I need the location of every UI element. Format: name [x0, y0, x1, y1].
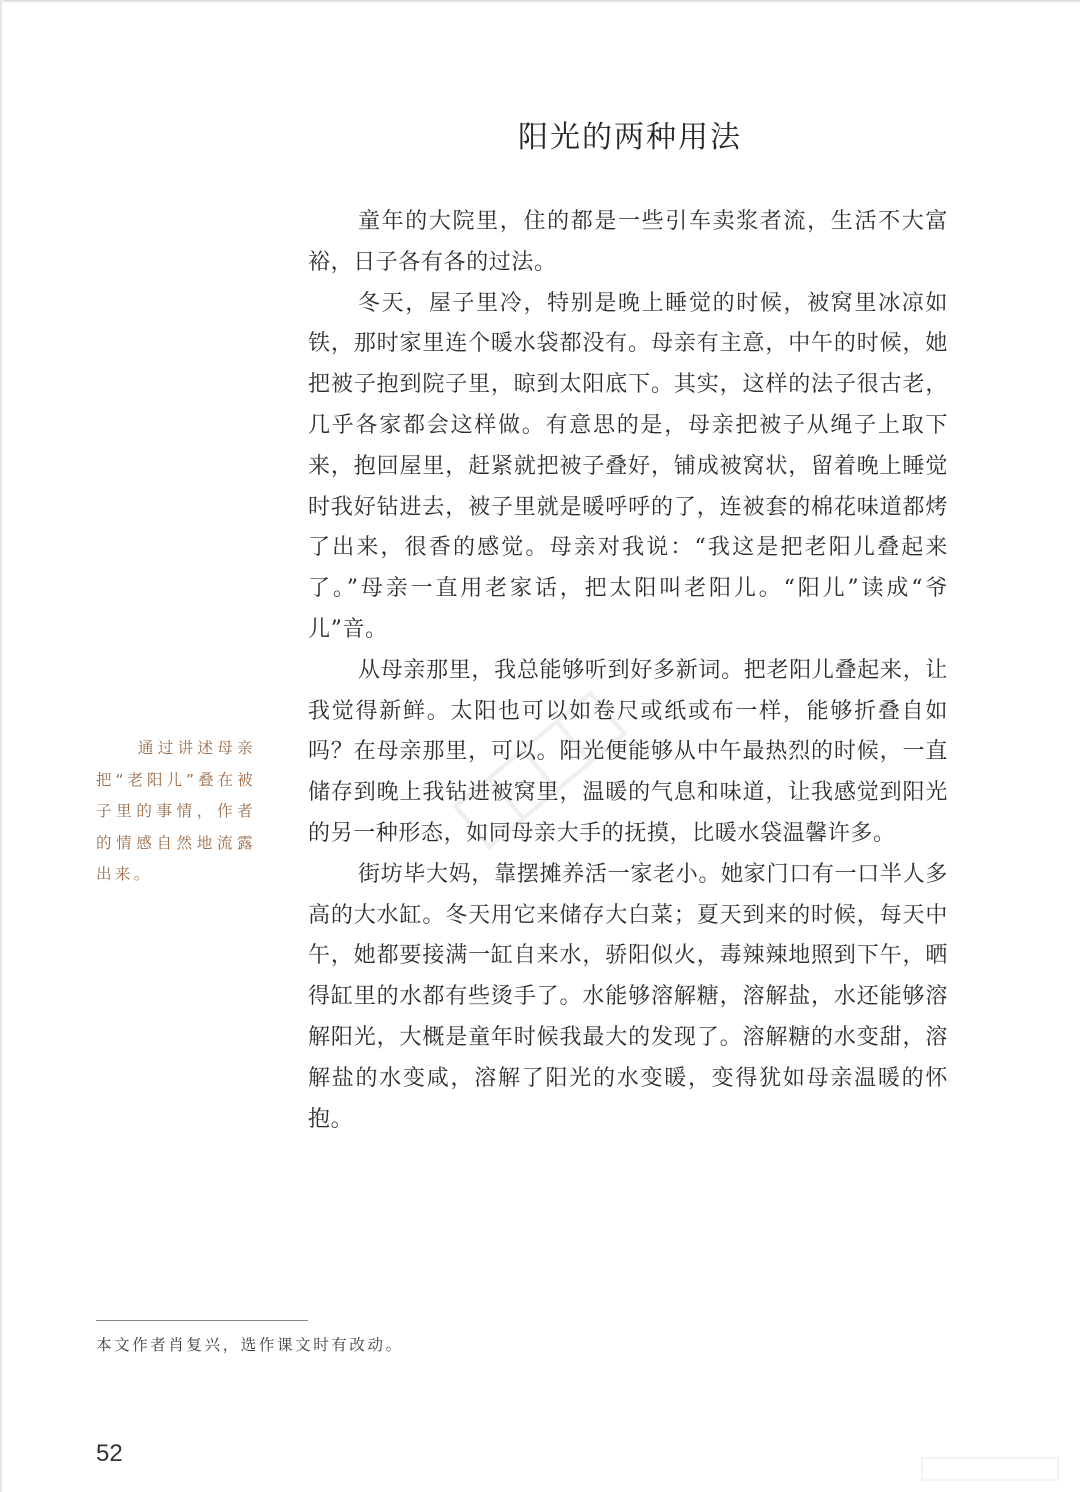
paragraph: 童年的大院里，住的都是一些引车卖浆者流，生活不大富裕，日子各有各的过法。: [308, 202, 948, 284]
paragraph: 冬天，屋子里冷，特别是晚上睡觉的时候，被窝里冰凉如铁，那时家里连个暖水袋都没有。…: [308, 284, 948, 651]
footnote: 本文作者肖复兴，选作课文时有改动。: [96, 1333, 404, 1355]
paragraph: 街坊毕大妈，靠摆摊养活一家老小。她家门口有一口半人多高的大水缸。冬天用它来储存大…: [308, 855, 948, 1141]
page-number: 52: [96, 1440, 123, 1468]
margin-annotation: 通过讲述母亲把“老阳儿”叠在被子里的事情，作者的情感自然地流露出来。: [96, 733, 256, 891]
article-body: 童年的大院里，住的都是一些引车卖浆者流，生活不大富裕，日子各有各的过法。 冬天，…: [308, 202, 948, 1140]
corner-watermark-icon: [920, 1454, 1060, 1484]
page-edge-left: [0, 0, 3, 1492]
paragraph: 从母亲那里，我总能够听到好多新词。把老阳儿叠起来，让我觉得新鲜。太阳也可以如卷尺…: [308, 651, 948, 855]
page-edge-top: [0, 0, 1080, 3]
footnote-divider: [96, 1320, 308, 1321]
page-title: 阳光的两种用法: [300, 112, 960, 156]
